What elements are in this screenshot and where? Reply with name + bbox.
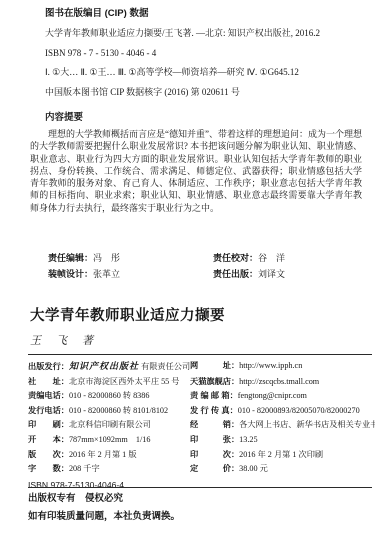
pub-cell: 印 张：13.25: [190, 433, 373, 448]
pub-label: 经 销：: [190, 420, 239, 429]
pub-value: 010 - 82000893/82005070/82000270: [238, 406, 360, 415]
publisher-brand: 知识产权出版社: [69, 361, 139, 371]
credits-block: 责任编辑：冯 彤 责任校对：谷 洋 装帧设计：张革立 责任出版：刘译文: [48, 251, 367, 282]
cip-classification-line: Ⅰ. ①大… Ⅱ. ①王… Ⅲ. ①高等学校—师资培养—研究 Ⅳ. ①G645.…: [45, 63, 367, 83]
copyright-page: 图书在版编目 (CIP) 数据 大学青年教师职业适应力撷要/王飞著. —北京: …: [0, 0, 375, 554]
cip-heading: 图书在版编目 (CIP) 数据: [45, 4, 367, 24]
pub-row: 责编电话：010 - 82000860 转 8386 责 编 邮 箱：fengt…: [28, 389, 373, 404]
book-title: 大学青年教师职业适应力撷要: [30, 304, 225, 325]
pub-cell: 责编电话：010 - 82000860 转 8386: [28, 389, 190, 404]
pub-value: 北京科信印刷有限公司: [69, 420, 151, 429]
pub-value: 208 千字: [69, 464, 100, 473]
pub-label: 版 次：: [28, 450, 69, 459]
pub-label: 天猫旗舰店：: [190, 377, 239, 386]
credit-cell: 责任出版：刘译文: [213, 267, 367, 283]
credit-label: 装帧设计：: [48, 269, 93, 279]
credit-cell: 装帧设计：张革立: [48, 267, 213, 283]
pub-cell: 字 数：208 千字: [28, 462, 190, 477]
summary-heading: 内容提要: [45, 111, 362, 124]
pub-label: 字 数：: [28, 464, 69, 473]
pub-label: 定 价：: [190, 464, 239, 473]
copyright-notice: 出版权专有 侵权必究: [28, 491, 367, 506]
pub-value: 010 - 82000860 转 8386: [69, 391, 150, 400]
pub-value: 各大网上书店、新华书店及相关专业书店: [239, 420, 375, 429]
cip-isbn-line: ISBN 978 - 7 - 5130 - 4046 - 4: [45, 44, 367, 64]
pub-value: http://zscqcbs.tmall.com: [239, 377, 319, 386]
pub-value: 2016 年 2 月第 1 次印刷: [239, 450, 323, 459]
summary-block: 内容提要 理想的大学教师概括而言应是“德知并重”、带着这样的理想追问：成为一个理…: [30, 111, 362, 214]
pub-cell: 定 价：38.00 元: [190, 462, 373, 477]
pub-row: 社 址：北京市海淀区西外太平庄 55 号 天猫旗舰店：http://zscqcb…: [28, 375, 373, 390]
pub-row: 字 数：208 千字 定 价：38.00 元: [28, 462, 373, 477]
cip-title-line: 大学青年教师职业适应力撷要/王飞著. —北京: 知识产权出版社, 2016.2: [45, 24, 367, 44]
pub-cell: 责 编 邮 箱：fengtong@cnipr.com: [190, 389, 373, 404]
pub-value: http://www.ipph.cn: [239, 361, 302, 370]
credit-cell: 责任校对：谷 洋: [213, 251, 367, 267]
summary-paragraph: 理想的大学教师概括而言应是“德知并重”、带着这样的理想追问：成为一个理想的大学教…: [30, 128, 362, 214]
pub-label: 印 次：: [190, 450, 239, 459]
credit-value: 刘译文: [258, 269, 285, 279]
pub-cell: 社 址：北京市海淀区西外太平庄 55 号: [28, 375, 190, 390]
pub-cell: 天猫旗舰店：http://zscqcbs.tmall.com: [190, 375, 373, 390]
pub-cell: 发 行 传 真：010 - 82000893/82005070/82000270: [190, 404, 373, 419]
pub-cell: 印 刷：北京科信印刷有限公司: [28, 418, 190, 433]
pub-row: 版 次：2016 年 2 月第 1 版 印 次：2016 年 2 月第 1 次印…: [28, 448, 373, 463]
pub-value: 2016 年 2 月第 1 版: [69, 450, 137, 459]
pub-value: 北京市海淀区西外太平庄 55 号: [69, 377, 180, 386]
pub-row: 发行电话：010 - 82000860 转 8101/8102 发 行 传 真：…: [28, 404, 373, 419]
publication-block: 出版发行：知识产权出版社 有限责任公司 网 址：http://www.ipph.…: [28, 359, 373, 492]
divider-top: [28, 354, 372, 355]
pub-value: 787mm×1092mm 1/16: [69, 435, 151, 444]
pub-value: fengtong@cnipr.com: [238, 391, 307, 400]
exchange-notice: 如有印装质量问题，本社负责调换。: [28, 509, 367, 524]
credit-value: 谷 洋: [258, 253, 285, 263]
pub-label: 网 址：: [190, 361, 239, 370]
pub-cell: 经 销：各大网上书店、新华书店及相关专业书店: [190, 418, 375, 433]
credit-label: 责任校对：: [213, 253, 258, 263]
credit-row: 装帧设计：张革立 责任出版：刘译文: [48, 267, 367, 283]
credit-label: 责任编辑：: [48, 253, 93, 263]
pub-value: 38.00 元: [239, 464, 268, 473]
footer-block: 出版权专有 侵权必究 如有印装质量问题，本社负责调换。: [28, 491, 367, 524]
pub-row: 出版发行：知识产权出版社 有限责任公司 网 址：http://www.ipph.…: [28, 359, 373, 375]
pub-cell: 网 址：http://www.ipph.cn: [190, 359, 373, 375]
pub-value: 13.25: [239, 435, 257, 444]
pub-cell: 发行电话：010 - 82000860 转 8101/8102: [28, 404, 190, 419]
credit-cell: 责任编辑：冯 彤: [48, 251, 213, 267]
pub-label: 开 本：: [28, 435, 69, 444]
credit-label: 责任出版：: [213, 269, 258, 279]
credit-row: 责任编辑：冯 彤 责任校对：谷 洋: [48, 251, 367, 267]
pub-label: 发行电话：: [28, 406, 69, 415]
credit-value: 冯 彤: [93, 253, 120, 263]
credit-value: 张革立: [93, 269, 120, 279]
divider-bottom: [28, 487, 372, 488]
pub-label: 责 编 邮 箱：: [190, 391, 238, 400]
pub-label: 发 行 传 真：: [190, 406, 238, 415]
pub-row: 开 本：787mm×1092mm 1/16 印 张：13.25: [28, 433, 373, 448]
pub-cell: 开 本：787mm×1092mm 1/16: [28, 433, 190, 448]
publisher-suffix: 有限责任公司: [139, 362, 190, 371]
pub-row: 印 刷：北京科信印刷有限公司 经 销：各大网上书店、新华书店及相关专业书店: [28, 418, 373, 433]
cip-record-line: 中国版本图书馆 CIP 数据核字 (2016) 第 020611 号: [45, 83, 367, 103]
pub-cell: 印 次：2016 年 2 月第 1 次印刷: [190, 448, 373, 463]
book-author: 王 飞 著: [30, 332, 225, 348]
pub-cell: 版 次：2016 年 2 月第 1 版: [28, 448, 190, 463]
pub-label: 印 刷：: [28, 420, 69, 429]
cip-block: 图书在版编目 (CIP) 数据 大学青年教师职业适应力撷要/王飞著. —北京: …: [45, 4, 367, 103]
pub-value: 010 - 82000860 转 8101/8102: [69, 406, 168, 415]
pub-label: 责编电话：: [28, 391, 69, 400]
isbn-footer: ISBN 978-7-5130-4046-4: [28, 478, 373, 492]
pub-label: 印 张：: [190, 435, 239, 444]
pub-label: 出版发行：: [28, 362, 69, 371]
pub-cell: 出版发行：知识产权出版社 有限责任公司: [28, 359, 190, 375]
title-block: 大学青年教师职业适应力撷要 王 飞 著: [30, 304, 225, 348]
pub-label: 社 址：: [28, 377, 69, 386]
